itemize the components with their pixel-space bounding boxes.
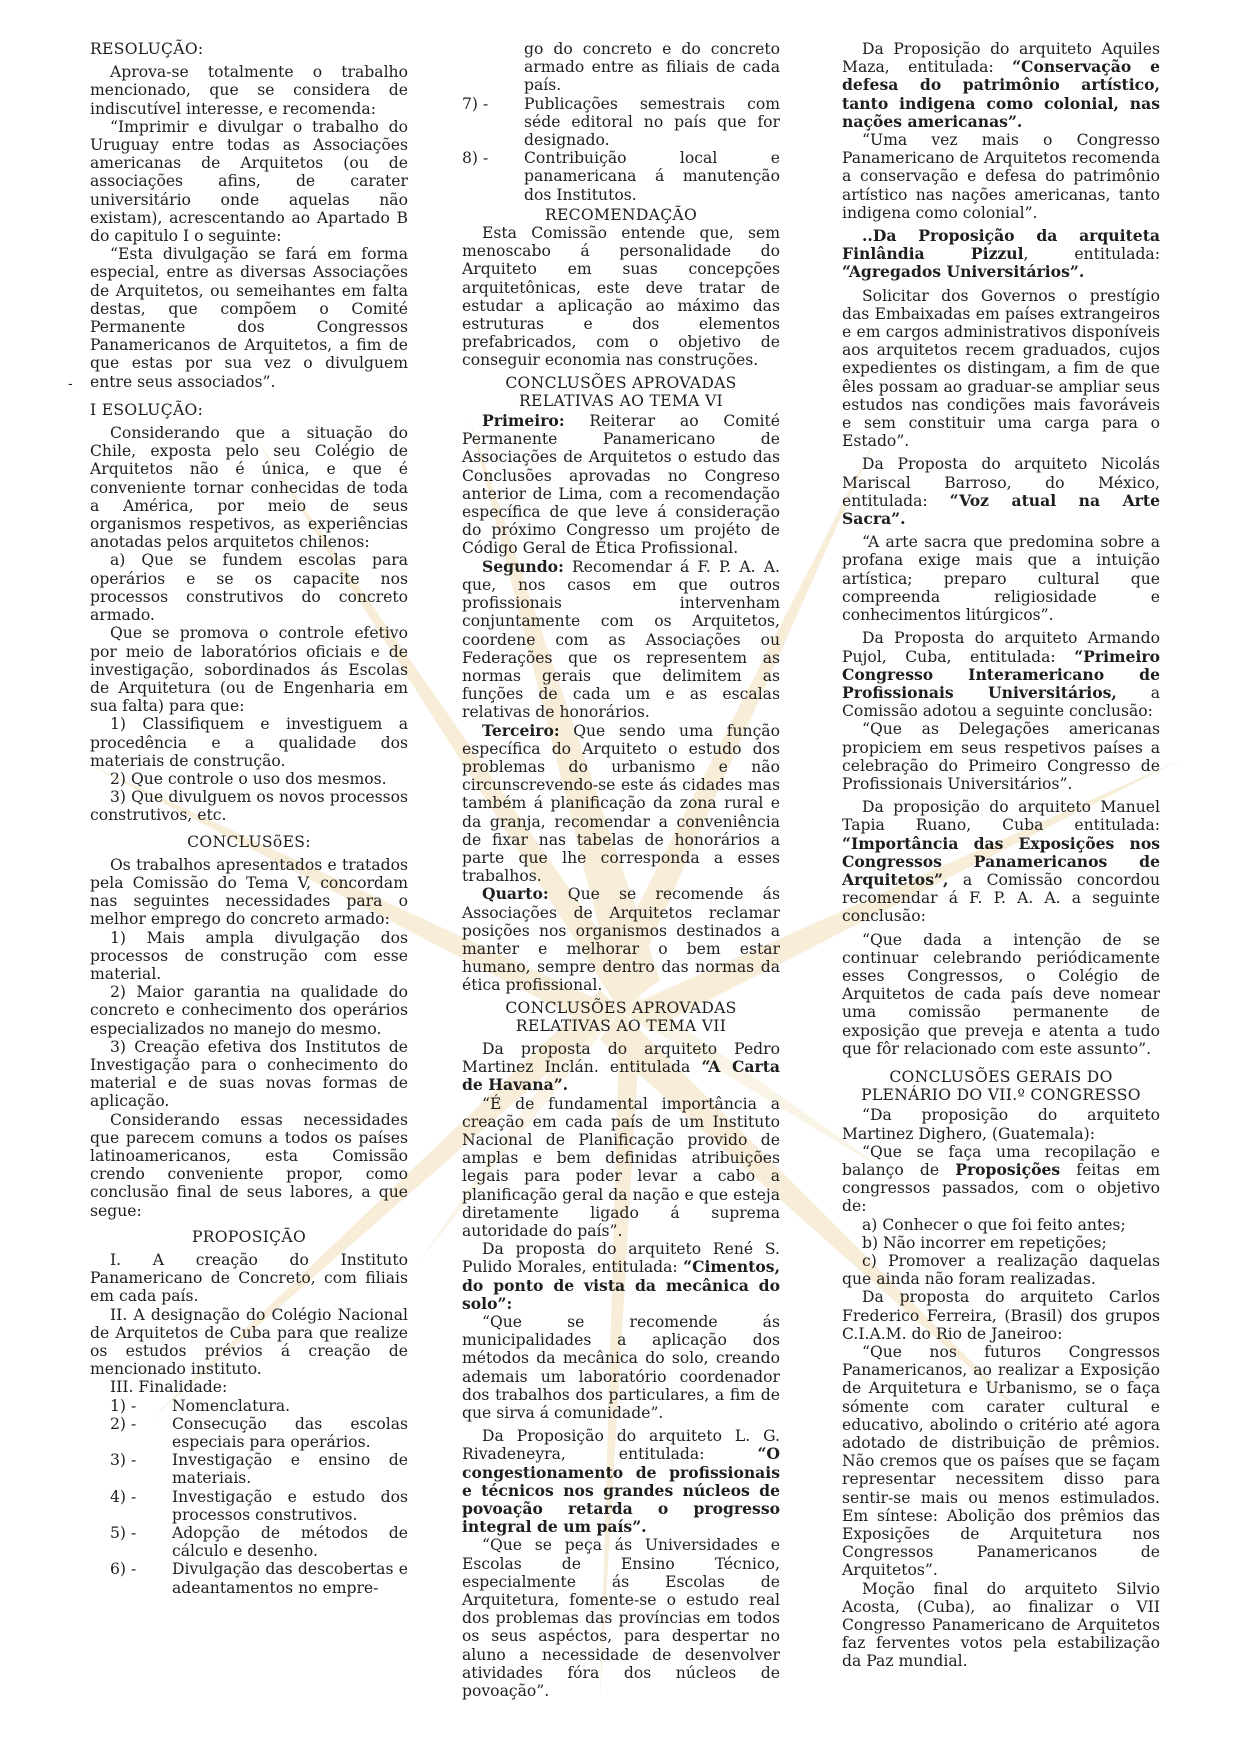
list-item: 1) Classifiquem e investiguem a procedên… xyxy=(90,715,408,770)
paragraph: Solicitar dos Governos o prestígio das E… xyxy=(842,287,1160,451)
list-item: 1) -Nomenclatura. xyxy=(110,1397,408,1415)
paragraph: “Que nos futuros Congressos Panamericano… xyxy=(842,1343,1160,1580)
paragraph: Da Proposta do arquiteto Armando Pujol, … xyxy=(842,629,1160,720)
list-item-continuation: go do concreto e do concreto armado entr… xyxy=(524,40,780,95)
list-item: 1) Mais ampla divulgação dos processos d… xyxy=(90,929,408,984)
list-item: 4) -Investigação e estudo dos processos … xyxy=(110,1488,408,1524)
list-item: 3) Que divulguem os novos processos cons… xyxy=(90,788,408,824)
column-middle: go do concreto e do concreto armado entr… xyxy=(462,40,780,1700)
list-item: a) Conhecer o que foi feito antes; xyxy=(842,1216,1160,1234)
paragraph: ..Da Proposição da arquiteta Finlândia P… xyxy=(842,227,1160,282)
paragraph: “É de fundamental importância a creação … xyxy=(462,1095,780,1241)
paragraph: Os trabalhos apresentados e tratados pel… xyxy=(90,856,408,929)
paragraph: “Da proposição do arquiteto Martinez Dig… xyxy=(842,1106,1160,1142)
paragraph: Considerando essas necessidades que pare… xyxy=(90,1111,408,1220)
paragraph: “Uma vez mais o Congresso Panamericano d… xyxy=(842,131,1160,222)
heading-conclusoes-gerais: CONCLUSÕES GERAIS DO PLENÁRIO DO VII.º C… xyxy=(842,1068,1160,1104)
paragraph: III. Finalidade: xyxy=(90,1378,408,1396)
paragraph: II. A designação do Colégio Nacional de … xyxy=(90,1306,408,1379)
list-item: 3) -Investigação e ensino de materiais. xyxy=(110,1451,408,1487)
paragraph: “Que se peça ás Universidades e Escolas … xyxy=(462,1536,780,1700)
list-item: 2) Maior garantia na qualidade do concre… xyxy=(90,983,408,1038)
list-item: 6) -Divulgação das descobertas e adeanta… xyxy=(110,1560,408,1596)
list-item: 3) Creação efetiva dos Institutos de Inv… xyxy=(90,1038,408,1111)
paragraph: Da proposta do arquiteto René S. Pulido … xyxy=(462,1240,780,1313)
heading-resolucao-2: I ESOLUÇÃO: xyxy=(90,401,408,419)
list-item: 2) -Consecução das escolas especiais par… xyxy=(110,1415,408,1451)
paragraph: Aprova-se totalmente o trabalho menciona… xyxy=(90,63,408,118)
heading-resolucao: RESOLUÇÃO: xyxy=(90,40,408,58)
paragraph: Da Proposta do arquiteto Nicolás Marisca… xyxy=(842,455,1160,528)
document-page: - RESOLUÇÃO: Aprova-se totalmente o trab… xyxy=(0,0,1240,1754)
paragraph: Esta Comissão entende que, sem menoscabo… xyxy=(462,224,780,370)
heading-tema-vii: CONCLUSÕES APROVADAS RELATIVAS AO TEMA V… xyxy=(462,999,780,1035)
list-item: a) Que se fundem escolas para operários … xyxy=(90,551,408,624)
paragraph: “Que as Delegações americanas propiciem … xyxy=(842,720,1160,793)
list-item: b) Não incorrer em repetições; xyxy=(842,1234,1160,1252)
paragraph: “Esta divulgação se fará em forma especi… xyxy=(90,245,408,391)
heading-proposicao: PROPOSIÇÃO xyxy=(90,1228,408,1246)
paragraph: Da proposição do arquiteto Manuel Tapia … xyxy=(842,798,1160,925)
paragraph: Da proposta do arquiteto Carlos Frederic… xyxy=(842,1288,1160,1343)
paragraph: “Imprimir e divulgar o trabalho do Urugu… xyxy=(90,118,408,245)
margin-mark: - xyxy=(68,376,73,392)
column-right: Da Proposição do arquiteto Aquiles Maza,… xyxy=(842,40,1160,1671)
paragraph: “Que se recomende ás municipalidades a a… xyxy=(462,1313,780,1422)
paragraph: “Que se faça uma recopilação e balanço d… xyxy=(842,1143,1160,1216)
heading-tema-vi: CONCLUSÕES APROVADAS RELATIVAS AO TEMA V… xyxy=(462,374,780,410)
column-left: RESOLUÇÃO: Aprova-se totalmente o trabal… xyxy=(90,40,408,1597)
paragraph: Moção final do arquiteto Silvio Acosta, … xyxy=(842,1580,1160,1671)
paragraph: Da proposta do arquiteto Pedro Martinez … xyxy=(462,1040,780,1095)
paragraph: Considerando que a situação do Chile, ex… xyxy=(90,424,408,551)
paragraph: Da Proposição do arquiteto Aquiles Maza,… xyxy=(842,40,1160,131)
list-item: 8) -Contribuição local e panamericana á … xyxy=(462,149,780,204)
paragraph: I. A creação do Instituto Panamericano d… xyxy=(90,1251,408,1306)
list-item: c) Promover a realização daquelas que ai… xyxy=(842,1252,1160,1288)
paragraph: Da Proposição do arquiteto L. G. Rivaden… xyxy=(462,1427,780,1536)
paragraph: Que se promova o controle efetivo por me… xyxy=(90,624,408,715)
paragraph-segundo: Segundo: Recomendar á F. P. A. A. que, n… xyxy=(462,558,780,722)
paragraph-primeiro: Primeiro: Reiterar ao Comité Permanente … xyxy=(462,412,780,558)
list-item: 5) -Adopção de métodos de cálculo e dese… xyxy=(110,1524,408,1560)
heading-recomendacao: RECOMENDAÇÃO xyxy=(462,206,780,224)
paragraph: “A arte sacra que predomina sobre a prof… xyxy=(842,533,1160,624)
heading-conclusoes: CONCLUSõES: xyxy=(90,833,408,851)
paragraph: “Que dada a intenção de se continuar cel… xyxy=(842,931,1160,1058)
paragraph-terceiro: Terceiro: Que sendo uma função específic… xyxy=(462,722,780,886)
paragraph-quarto: Quarto: Que se recomende ás Associações … xyxy=(462,885,780,994)
list-item: 7) -Publicações semestrais com séde edit… xyxy=(462,95,780,150)
list-item: 2) Que controle o uso dos mesmos. xyxy=(90,770,408,788)
